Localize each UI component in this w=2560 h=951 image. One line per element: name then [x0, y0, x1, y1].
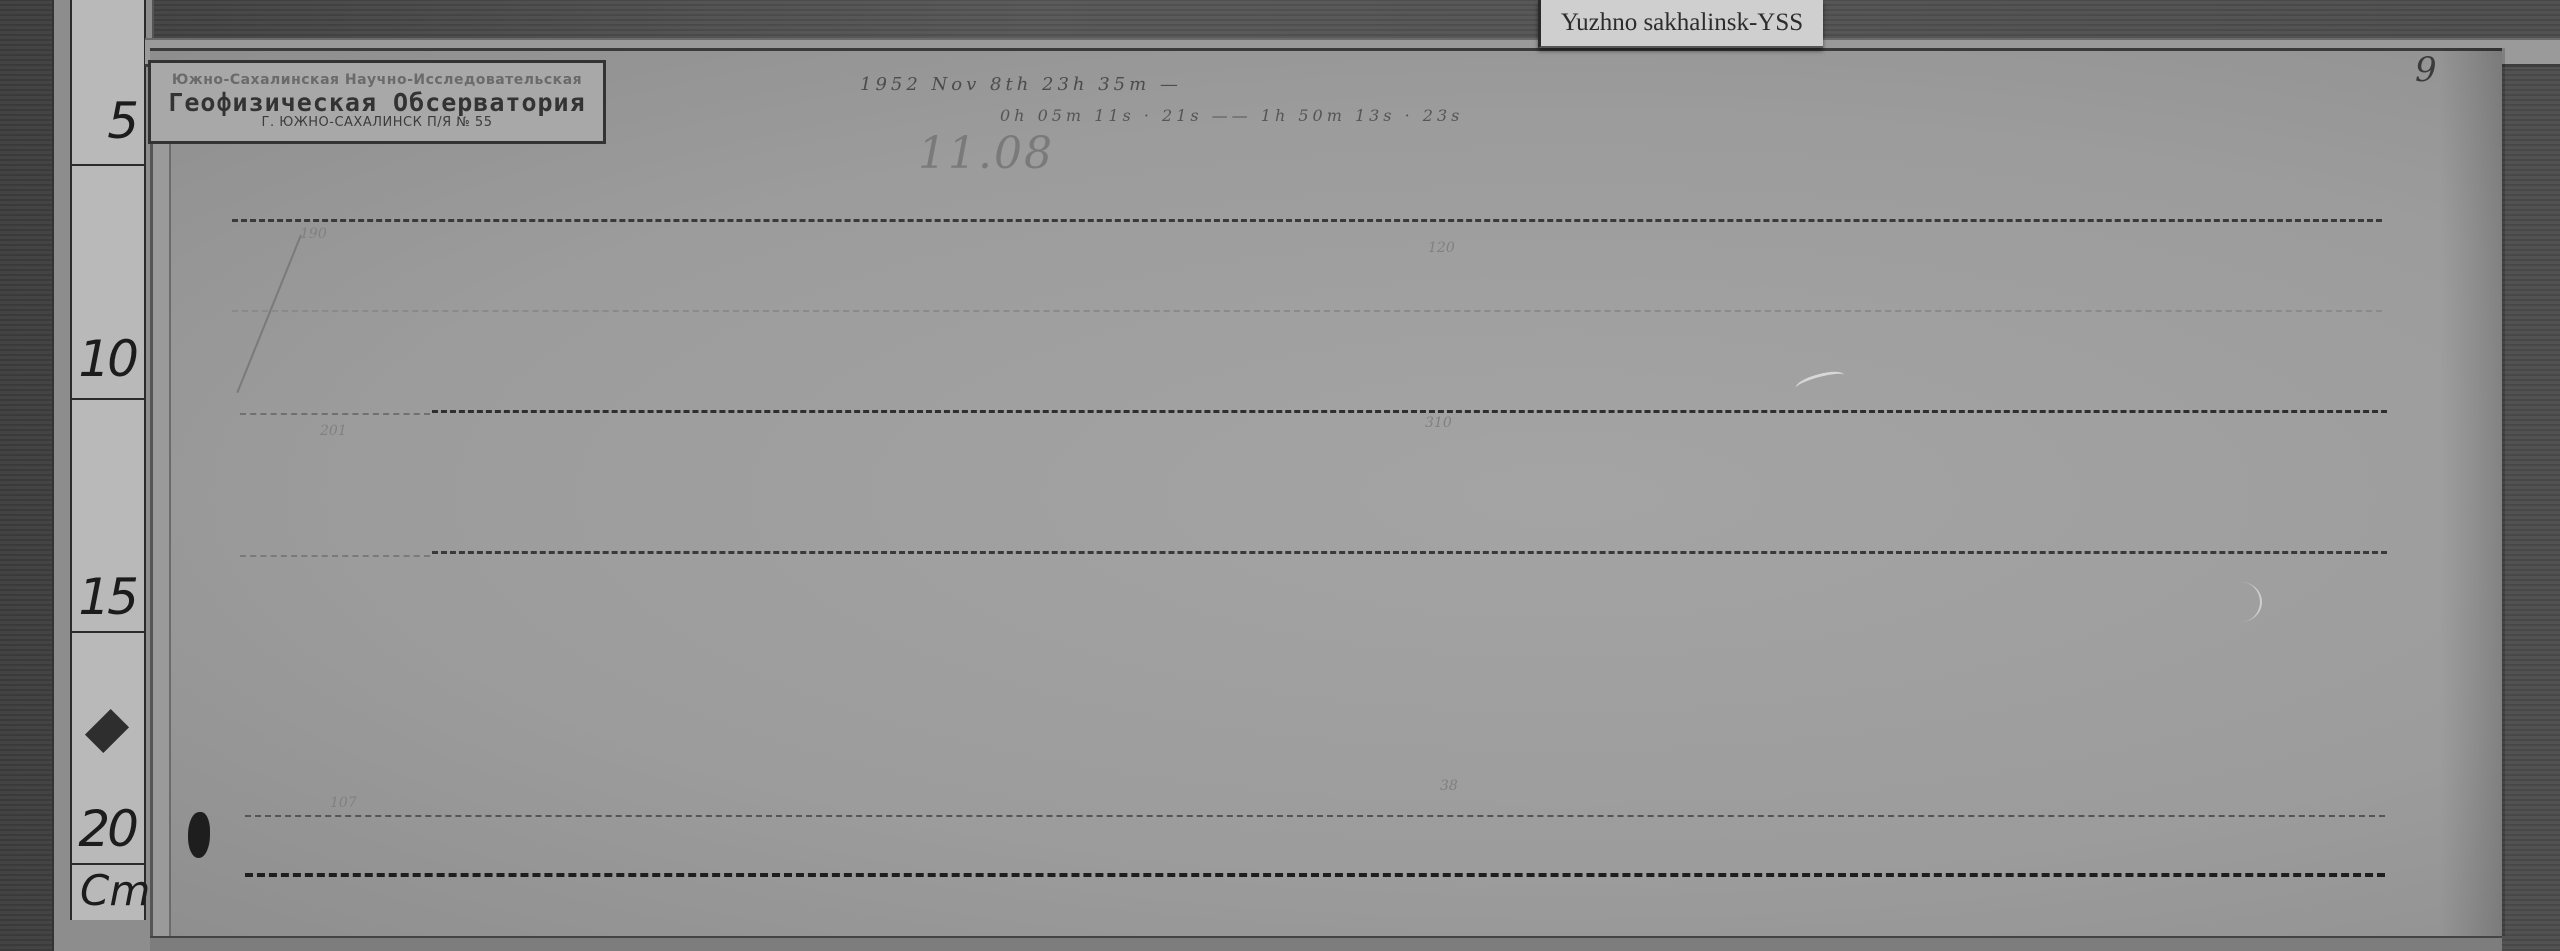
trace-annotation: 201: [320, 423, 347, 439]
ruler-mark-15: 15: [78, 568, 136, 626]
sheet-shadow: [2440, 48, 2505, 936]
trace-annotation: 310: [1425, 415, 1452, 431]
ruler-tick: [72, 631, 144, 633]
ruler-tick: [72, 398, 144, 400]
trace-annotation: 38: [1440, 778, 1458, 794]
station-label: Yuzhno sakhalinsk-YSS: [1538, 0, 1823, 48]
trace-line-4: [432, 551, 2387, 554]
ruler-unit: Cm: [80, 866, 150, 915]
scratch-mark: [2220, 582, 2262, 622]
trace-line-4-start: [240, 555, 430, 557]
ruler-tick: [72, 164, 144, 166]
sheet-left-edge: [150, 60, 171, 940]
observatory-stamp: Южно-Сахалинская Научно-Исследовательска…: [148, 60, 606, 144]
handwritten-date: 1952 Nov 8th 23h 35m —: [860, 74, 1182, 95]
centimeter-ruler: 5 10 15 20 Cm: [70, 0, 146, 920]
ruler-mark-10: 10: [78, 330, 136, 388]
handwritten-times: 0h 05m 11s · 21s —— 1h 50m 13s · 23s: [1000, 106, 1463, 125]
trace-line-5: [245, 815, 2385, 817]
stamp-line-2: Геофизическая Обсерватория: [168, 89, 585, 117]
stamp-line-1: Южно-Сахалинская Научно-Исследовательска…: [172, 73, 582, 88]
trace-line-3: [432, 410, 2387, 413]
ruler-mark-5: 5: [107, 92, 136, 150]
seismogram-sheet: [150, 48, 2502, 939]
trace-annotation: 120: [1428, 240, 1455, 256]
ruler-mark-20: 20: [78, 800, 136, 858]
diamond-marker-icon: [85, 709, 129, 753]
trace-line-2-faint: [232, 310, 2382, 312]
date-stamp: 11.08: [918, 128, 1054, 179]
page-number: 9: [2415, 50, 2437, 90]
sheet-bottom-edge: [150, 936, 2502, 951]
trace-annotation: 107: [330, 795, 357, 811]
trace-line-3-start: [240, 413, 430, 415]
trace-annotation: 190: [300, 226, 327, 242]
punch-hole: [188, 812, 210, 858]
ruler-tick: [72, 863, 144, 865]
trace-line-1: [232, 219, 2382, 222]
trace-line-6: [245, 873, 2385, 877]
stamp-line-3: Г. ЮЖНО-САХАЛИНСК П/Я № 55: [262, 116, 493, 130]
